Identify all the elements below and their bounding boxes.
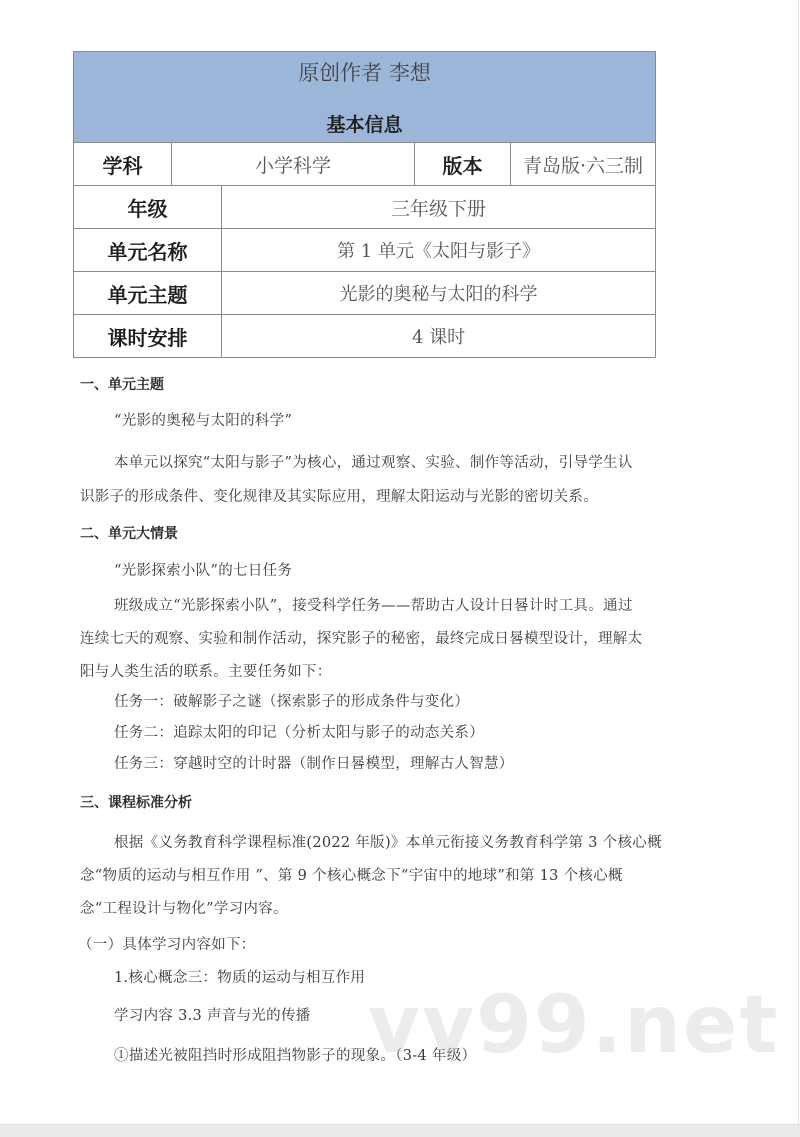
task-item: 任务一：破解影子之谜（探索影子的形成条件与变化） [114,690,469,711]
table-header: 原创作者 李想 基本信息 [74,52,656,143]
section-3-paragraph-line: 根据《义务教育科学课程标准(2022 年版)》本单元衔接义务教育科学第 3 个核… [114,831,662,852]
section-2-paragraph-line: 连续七天的观察、实验和制作活动，探究影子的秘密，最终完成日晷模型设计，理解太 [80,627,642,648]
section-2-paragraph-line: 班级成立“光影探索小队”，接受科学任务——帮助古人设计日晷计时工具。通过 [114,594,633,615]
core-concept-item: 1.核心概念三：物质的运动与相互作用 [114,966,365,987]
task-item: 任务三：穿越时空的计时器（制作日晷模型，理解古人智慧） [114,752,514,773]
schedule-label: 课时安排 [74,315,222,358]
page-bottom-gap [0,1124,800,1137]
edition-value: 青岛版·六三制 [511,143,656,186]
author-line: 原创作者 李想 [74,57,655,87]
table-row-subject: 学科 小学科学 版本 青岛版·六三制 [74,143,656,186]
section-1-paragraph-line: 本单元以探究“太阳与影子”为核心，通过观察、实验、制作等活动，引导学生认 [114,451,633,472]
section-2-heading: 二、单元大情景 [80,523,178,543]
watermark-text: vv99.net [368,985,779,1065]
section-1-heading: 一、单元主题 [80,374,164,394]
unit-name-label: 单元名称 [74,229,222,272]
section-1-paragraph-line: 识影子的形成条件、变化规律及其实际应用，理解太阳运动与光影的密切关系。 [80,485,598,506]
task-item: 任务二：追踪太阳的印记（分析太阳与影子的动态关系） [114,721,484,742]
table-row-unit-name: 单元名称 第 1 单元《太阳与影子》 [74,229,656,272]
table-row-grade: 年级 三年级下册 [74,186,656,229]
table-row-schedule: 课时安排 4 课时 [74,315,656,358]
section-2-quote: “光影探索小队”的七日任务 [114,559,292,580]
subsection-heading: （一）具体学习内容如下： [78,933,256,954]
section-2-paragraph-line: 阳与人类生活的联系。主要任务如下： [80,660,332,681]
basic-info-table: 原创作者 李想 基本信息 学科 小学科学 版本 青岛版·六三制 年级 三年级下册… [73,51,656,358]
unit-name-value: 第 1 单元《太阳与影子》 [222,229,656,272]
subject-value: 小学科学 [172,143,415,186]
unit-theme-value: 光影的奥秘与太阳的科学 [222,272,656,315]
table-row-unit-theme: 单元主题 光影的奥秘与太阳的科学 [74,272,656,315]
table-title: 基本信息 [74,110,655,137]
section-1-quote: “光影的奥秘与太阳的科学” [114,409,292,430]
grade-value: 三年级下册 [222,186,656,229]
schedule-value: 4 课时 [222,315,656,358]
learning-content-item: 学习内容 3.3 声音与光的传播 [114,1004,311,1025]
subject-label: 学科 [74,143,172,186]
section-3-paragraph-line: 念“物质的运动与相互作用 ”、第 9 个核心概念下“宇宙中的地球”和第 13 个… [80,864,623,885]
grade-label: 年级 [74,186,222,229]
edition-label: 版本 [415,143,511,186]
section-3-heading: 三、课程标准分析 [80,792,192,812]
section-3-paragraph-line: 念“工程设计与物化”学习内容。 [80,897,288,918]
unit-theme-label: 单元主题 [74,272,222,315]
